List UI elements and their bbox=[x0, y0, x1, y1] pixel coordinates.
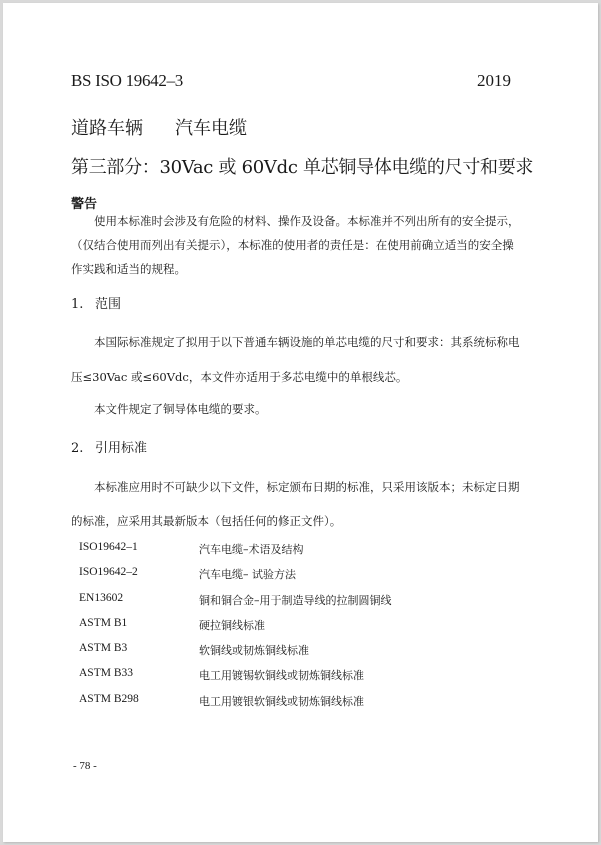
reference-code: EN13602 bbox=[79, 592, 199, 617]
title-part-1: 道路车辆 bbox=[71, 118, 143, 139]
references-line: 本标准应用时不可缺少以下文件，标定颁布日期的标准，只采用该版本；未标定日期 bbox=[94, 479, 520, 495]
reference-code: ASTM B1 bbox=[79, 617, 199, 642]
section-number: 2. bbox=[71, 441, 95, 456]
reference-row: ASTM B298 电工用镀银软铜线或韧炼铜线标准 bbox=[79, 693, 392, 718]
reference-row: EN13602 铜和铜合金–用于制造导线的拉制圆铜线 bbox=[79, 592, 392, 617]
section-heading-scope: 1.范围 bbox=[71, 293, 121, 312]
warning-line: （仅结合使用而列出有关提示），本标准的使用者的责任是：在使用前确立适当的安全操 bbox=[71, 233, 541, 257]
reference-description: 硬拉铜线标准 bbox=[199, 617, 265, 642]
section-title: 范围 bbox=[95, 297, 121, 312]
reference-code: ASTM B298 bbox=[79, 693, 199, 718]
warning-line: 使用本标准时会涉及有危险的材料、操作及设备。本标准并不列出所有的安全提示， bbox=[71, 209, 541, 233]
reference-code: ISO19642–1 bbox=[79, 541, 199, 566]
reference-code: ASTM B3 bbox=[79, 642, 199, 667]
reference-row: ASTM B1 硬拉铜线标准 bbox=[79, 617, 392, 642]
section-heading-references: 2.引用标准 bbox=[71, 437, 147, 456]
reference-code: ISO19642–2 bbox=[79, 566, 199, 591]
reference-list: ISO19642–1 汽车电缆–术语及结构 ISO19642–2 汽车电缆– 试… bbox=[79, 541, 392, 718]
title-part-2: 汽车电缆 bbox=[175, 118, 247, 139]
section-number: 1. bbox=[71, 297, 95, 312]
scope-line: 压≤30Vac 或≤60Vdc，本文件亦适用于多芯电缆中的单根线芯。 bbox=[71, 369, 407, 385]
reference-row: ASTM B33 电工用镀锡软铜线或韧炼铜线标准 bbox=[79, 667, 392, 692]
reference-description: 电工用镀银软铜线或韧炼铜线标准 bbox=[199, 693, 364, 718]
reference-description: 电工用镀锡软铜线或韧炼铜线标准 bbox=[199, 667, 364, 692]
reference-description: 铜和铜合金–用于制造导线的拉制圆铜线 bbox=[199, 592, 392, 617]
reference-row: ISO19642–2 汽车电缆– 试验方法 bbox=[79, 566, 392, 591]
references-line: 的标准，应采用其最新版本（包括任何的修正文件）。 bbox=[71, 513, 341, 529]
reference-code: ASTM B33 bbox=[79, 667, 199, 692]
document-code: BS ISO 19642–3 bbox=[71, 71, 183, 91]
document-page: BS ISO 19642–3 2019 道路车辆汽车电缆 第三部分：30Vac … bbox=[3, 3, 598, 842]
page-number: - 78 - bbox=[73, 760, 97, 772]
reference-description: 软铜线或韧炼铜线标准 bbox=[199, 642, 309, 667]
warning-line: 作实践和适当的规程。 bbox=[71, 257, 541, 281]
reference-row: ISO19642–1 汽车电缆–术语及结构 bbox=[79, 541, 392, 566]
scope-line: 本国际标准规定了拟用于以下普通车辆设施的单芯电缆的尺寸和要求：其系统标称电 bbox=[94, 334, 520, 350]
reference-description: 汽车电缆– 试验方法 bbox=[199, 566, 296, 591]
document-year: 2019 bbox=[477, 71, 511, 91]
document-title: 道路车辆汽车电缆 bbox=[71, 114, 247, 140]
reference-description: 汽车电缆–术语及结构 bbox=[199, 541, 304, 566]
warning-paragraph: 使用本标准时会涉及有危险的材料、操作及设备。本标准并不列出所有的安全提示， （仅… bbox=[71, 209, 541, 281]
section-title: 引用标准 bbox=[95, 441, 147, 456]
reference-row: ASTM B3 软铜线或韧炼铜线标准 bbox=[79, 642, 392, 667]
document-subtitle: 第三部分：30Vac 或 60Vdc 单芯铜导体电缆的尺寸和要求 bbox=[71, 153, 533, 179]
scope-line: 本文件规定了铜导体电缆的要求。 bbox=[94, 401, 267, 417]
